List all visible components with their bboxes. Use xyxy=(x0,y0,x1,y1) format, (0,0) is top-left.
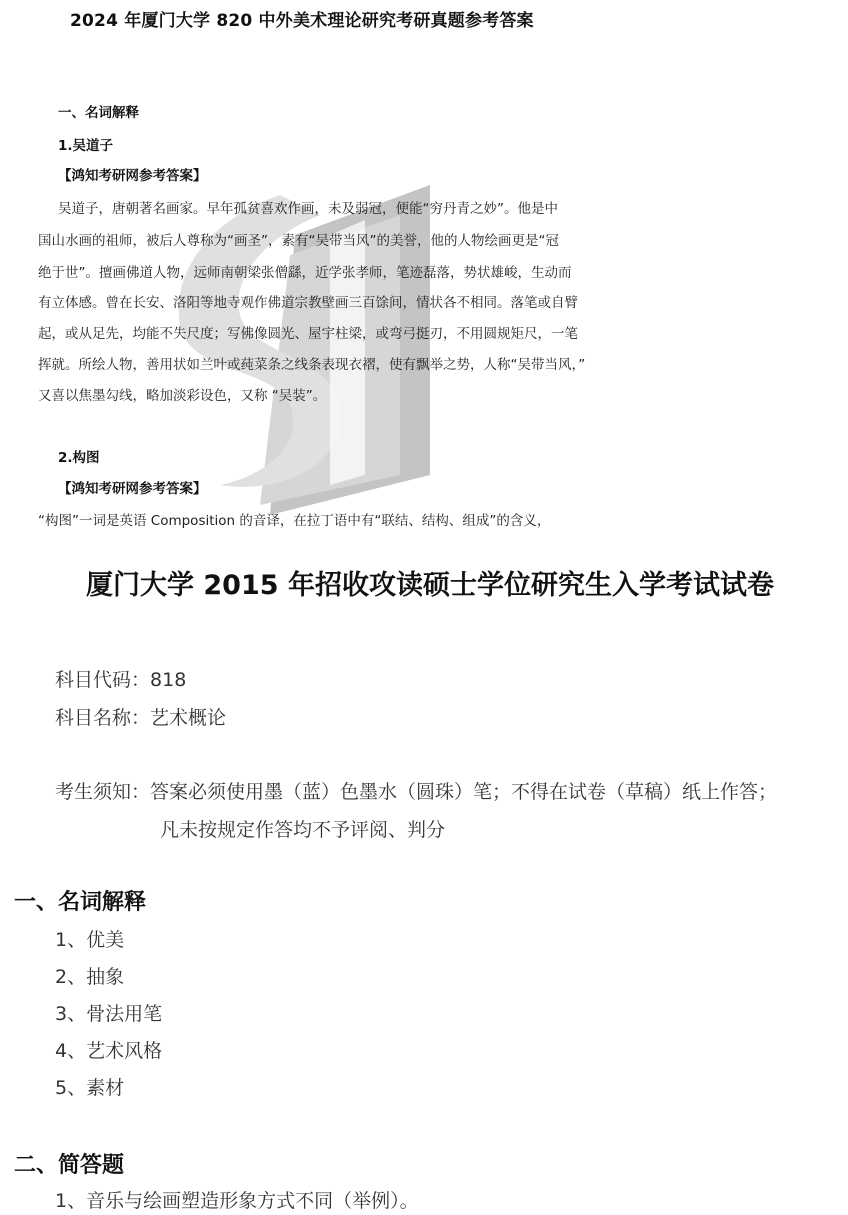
logo-watermark-icon xyxy=(160,175,440,515)
section-heading: 二、简答题 xyxy=(14,1148,124,1179)
question-item: 3、骨法用笔 xyxy=(55,999,162,1026)
question-item: 2、抽象 xyxy=(55,962,124,989)
subject-code-value: 818 xyxy=(150,669,186,691)
paragraph-line: 有立体感。曾在长安、洛阳等地寺观作佛道宗教壁画三百馀间，情状各不相同。落笔或自臂 xyxy=(38,291,578,311)
notice-line2: 凡未按规定作答均不予评阅、判分 xyxy=(160,815,445,842)
notice: 考生须知：答案必须使用墨（蓝）色墨水（圆珠）笔；不得在试卷（草稿）纸上作答； xyxy=(55,777,777,804)
answer-tag: 【鸿知考研网参考答案】 xyxy=(58,477,207,497)
paragraph-line: “构图”一词是英语 Composition 的音译，在拉丁语中有“联结、结构、组… xyxy=(38,509,550,529)
subject-name-value: 艺术概论 xyxy=(150,707,226,729)
paragraph-line: 国山水画的祖师，被后人尊称为“画圣”，素有“吴带当风”的美誉，他的人物绘画更是“… xyxy=(38,229,559,249)
exam-title: 厦门大学 2015 年招收攻读硕士学位研究生入学考试试卷 xyxy=(86,563,774,602)
paragraph-line: 绝于世”。擅画佛道人物，远师南朝梁张僧繇，近学张孝师，笔迹磊落，势状雄峻，生动而 xyxy=(38,261,572,281)
subject-code: 科目代码：818 xyxy=(55,665,186,692)
notice-label: 考生须知： xyxy=(55,781,150,803)
paragraph-line: 又喜以焦墨勾线，略加淡彩设色，又称 “吴装”。 xyxy=(38,384,326,404)
item-heading: 1.吴道子 xyxy=(58,134,113,154)
paragraph-line: 挥就。所绘人物，善用状如兰叶或莼菜条之线条表现衣褶，使有飘举之势，人称“吴带当风… xyxy=(38,353,585,373)
subject-name-label: 科目名称： xyxy=(55,707,150,729)
subject-name: 科目名称：艺术概论 xyxy=(55,703,226,730)
section-heading: 一、名词解释 xyxy=(58,101,139,121)
paragraph-line: 吴道子，唐朝著名画家。早年孤贫喜欢作画，未及弱冠，便能“穷丹青之妙”。他是中 xyxy=(58,197,558,217)
section-heading: 一、名词解释 xyxy=(14,885,146,916)
question-item: 5、素材 xyxy=(55,1073,124,1100)
notice-line1: 答案必须使用墨（蓝）色墨水（圆珠）笔；不得在试卷（草稿）纸上作答； xyxy=(150,781,777,803)
subject-code-label: 科目代码： xyxy=(55,669,150,691)
question-item: 1、优美 xyxy=(55,925,124,952)
answer-tag: 【鸿知考研网参考答案】 xyxy=(58,164,207,184)
paragraph-line: 起，或从足先，均能不失尺度；写佛像圆光、屋宇柱梁，或弯弓挺刃，不用圆规矩尺，一笔 xyxy=(38,322,578,342)
question-item: 4、艺术风格 xyxy=(55,1036,162,1063)
document-title: 2024 年厦门大学 820 中外美术理论研究考研真题参考答案 xyxy=(70,6,534,31)
item-heading: 2.构图 xyxy=(58,446,100,466)
question-item: 1、音乐与绘画塑造形象方式不同（举例）。 xyxy=(55,1186,419,1213)
